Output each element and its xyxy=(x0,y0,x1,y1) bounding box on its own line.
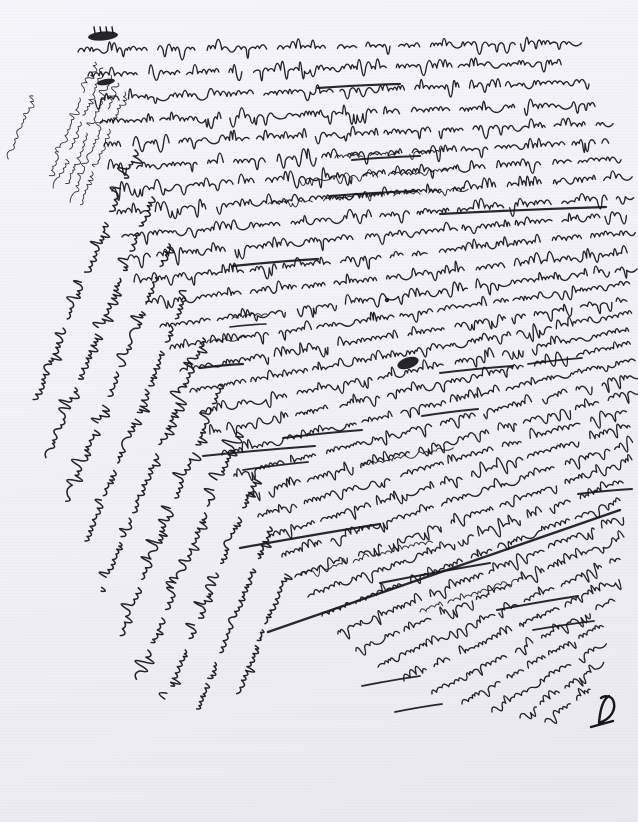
margin-note-line xyxy=(5,95,38,161)
strikethrough-stroke xyxy=(362,676,420,686)
handwriting-line xyxy=(319,489,633,623)
handwriting-line xyxy=(401,571,628,689)
handwriting-line xyxy=(133,224,636,292)
strikethrough-stroke xyxy=(240,524,380,548)
handwriting-line xyxy=(107,132,621,179)
handwriting-line xyxy=(145,243,636,311)
margin-note-line xyxy=(232,574,293,708)
handwriting-line xyxy=(88,54,573,86)
strikethroughs xyxy=(200,84,632,712)
scribble-tick xyxy=(106,27,107,33)
scribble-tick xyxy=(100,27,101,33)
handwriting-line xyxy=(488,637,609,716)
handwriting-line xyxy=(540,677,603,728)
handwriting-line xyxy=(95,72,601,109)
handwriting-line xyxy=(279,433,638,565)
handwriting-line xyxy=(116,168,633,223)
margin-note-line xyxy=(24,147,146,409)
margin-note-line xyxy=(106,381,229,646)
scribble-tick xyxy=(94,27,95,33)
paraph-d-glyph xyxy=(591,696,614,727)
paraph-mark xyxy=(591,696,614,727)
strikethrough-stroke xyxy=(395,704,442,712)
scratched-out-word-top xyxy=(88,30,119,42)
strikethrough-stroke xyxy=(578,489,632,494)
scribble-tick xyxy=(112,27,113,33)
margin-note-line xyxy=(43,60,100,183)
strikethrough-stroke xyxy=(380,563,490,583)
ink-dot xyxy=(385,298,389,302)
ink-scribble-mid xyxy=(396,354,420,371)
strikethrough-stroke xyxy=(440,207,606,214)
manuscript-page xyxy=(0,0,638,822)
handwriting-line xyxy=(516,658,608,725)
handwriting-line xyxy=(78,33,582,62)
strikethrough-stroke xyxy=(203,446,315,456)
manuscript-handwriting-svg xyxy=(0,0,638,822)
margin-note-line xyxy=(127,428,246,683)
handwriting-line xyxy=(220,349,638,461)
strikethrough-stroke xyxy=(230,324,266,327)
margin-note-line xyxy=(53,240,177,512)
handwriting-line xyxy=(305,472,632,605)
margin-note-line xyxy=(52,67,107,190)
handwriting-line xyxy=(459,618,612,710)
